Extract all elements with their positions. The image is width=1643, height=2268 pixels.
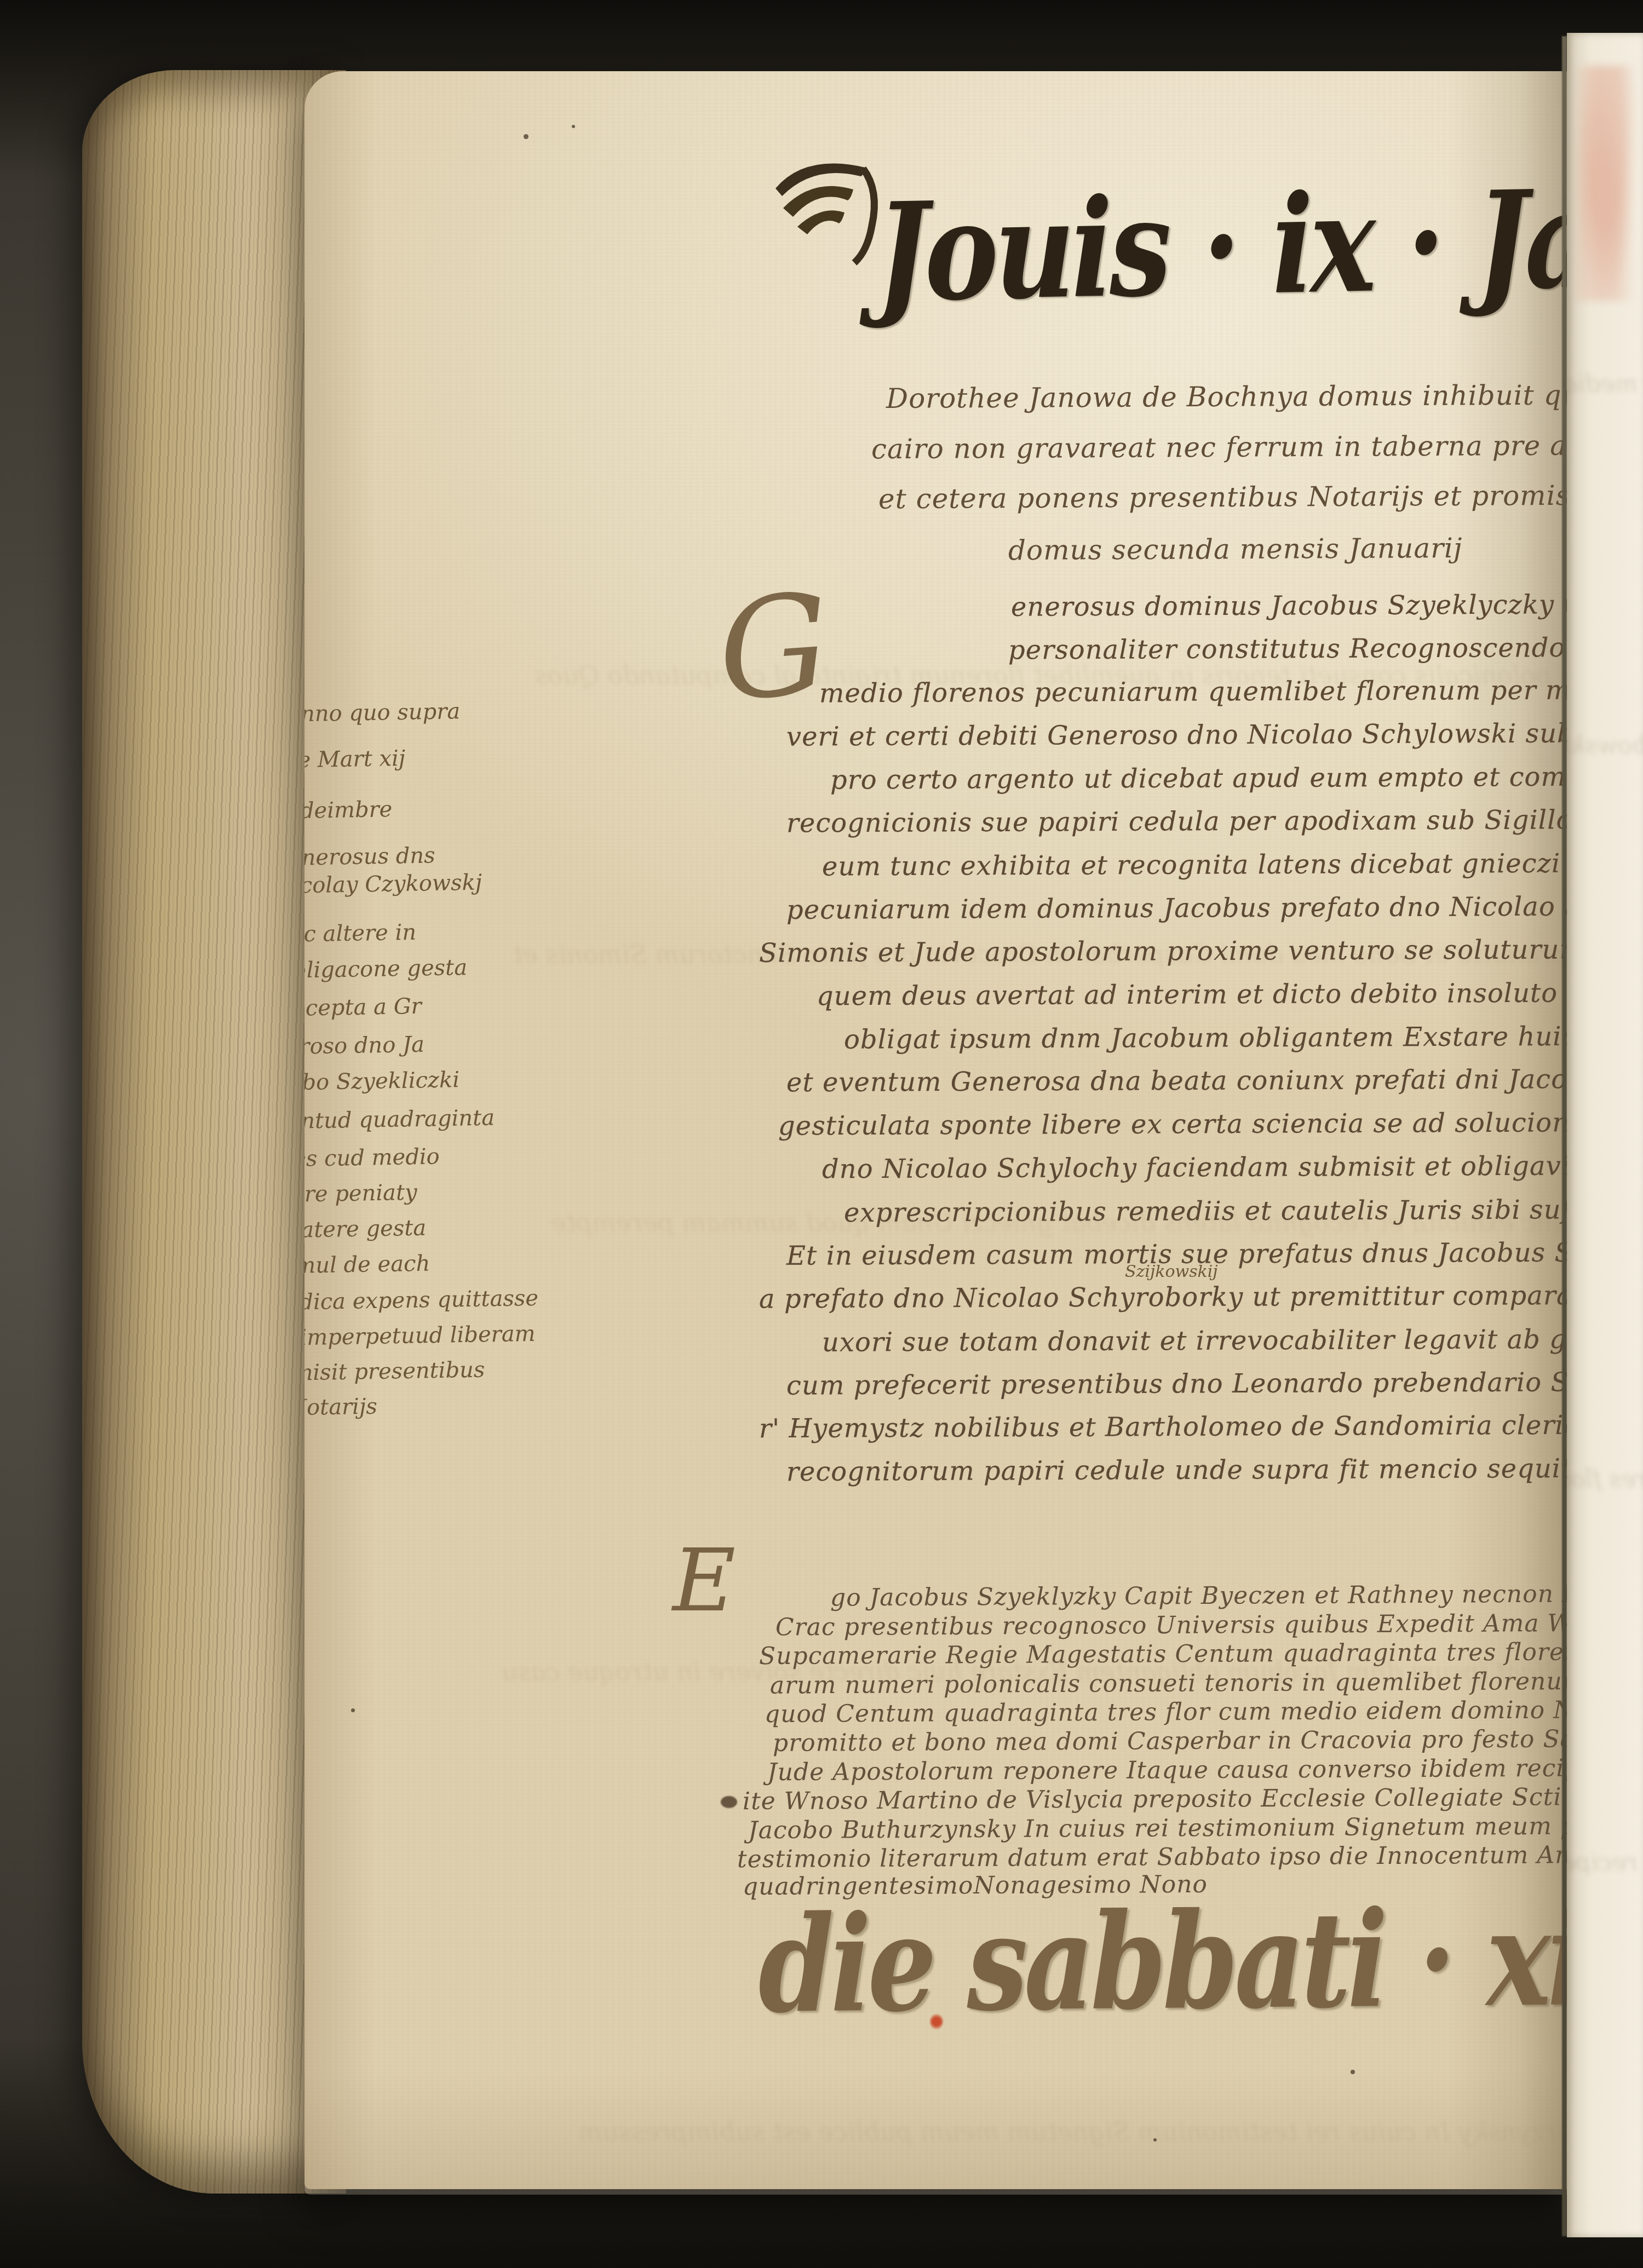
margin-note: et imperpetuud liberam [305, 1323, 536, 1349]
intro-line: et cetera ponens presentibus Notarijs et… [878, 481, 1569, 513]
body-line: uxori sue totam donavit et irrevocabilit… [822, 1324, 1569, 1356]
margin-note: recepta a Gr [305, 995, 422, 1020]
body-line: r' Hyemystz nobilibus et Bartholomeo de … [759, 1411, 1569, 1442]
body-line: Jude Apostolorum reponere Itaque causa c… [767, 1755, 1569, 1785]
margin-note: Rideimbre [305, 798, 393, 822]
body-line: cum prefecerit presentibus dno Leonardo … [786, 1367, 1569, 1398]
body-line: quod Centum quadraginta tres flor cum me… [765, 1697, 1569, 1726]
body-line: personaliter constitutus Recognoscendo s… [1008, 632, 1569, 664]
ink-speck [351, 1708, 355, 1712]
intro-line: Dorothee Janowa de Bochnya domus inhibui… [886, 379, 1569, 412]
body-line: Simonis et Jude apostolorum proxime vent… [759, 935, 1569, 966]
body-line: exprescripcionibus remediis et cautelis … [844, 1194, 1569, 1226]
margin-note: Centud quadraginta [305, 1107, 495, 1132]
body-line: eum tunc exhibita et recognita latens di… [822, 848, 1569, 879]
margin-note: Generosus dns [305, 844, 435, 869]
intro-dateline: domus secunda mensis Januarij [1008, 534, 1463, 564]
body-line: recognicionis sue papiri cedula per apod… [786, 805, 1569, 836]
margin-note: simul de each [305, 1253, 430, 1277]
body-line: testimonio literarum datum erat Sabbato … [737, 1842, 1569, 1872]
margin-note: dimisit presentibus [305, 1359, 485, 1385]
body-line: arum numeri polonicalis consueti tenoris… [770, 1667, 1569, 1697]
body-line: recognitorum papiri cedule unde supra fi… [786, 1454, 1569, 1485]
margin-note: a latere gesta [305, 1217, 427, 1242]
intro-line: cairo non gravareat nec ferrum in tabern… [871, 430, 1569, 463]
margin-note: hec altere in [305, 922, 416, 946]
manuscript-page: arum numeri polonicalis consueti tenoris… [305, 71, 1569, 2189]
body-line: pecuniarum idem dominus Jacobus prefato … [786, 891, 1569, 923]
margin-note: obligacone gesta [305, 957, 467, 982]
ink-speck [524, 134, 528, 139]
margin-note: Nicolay Czykowskj [305, 872, 482, 897]
bleed-through-text: medio florenos pecuniarum quemlibet flor… [1567, 372, 1643, 396]
interlinear-insert-note: Szijkowskij [1125, 1264, 1218, 1280]
margin-note: cobo Szyekliczki [305, 1069, 459, 1094]
top-header-calligraphy: Jouis · ix · Januarij [875, 165, 1569, 320]
facing-page-sliver: medio florenos pecuniarum quemlibet flor… [1567, 33, 1643, 2237]
ink-speck [1153, 2138, 1157, 2142]
gutter-fold-line [1562, 36, 1567, 2236]
body-line: quem deus avertat ad interim et dicto de… [817, 978, 1569, 1009]
bleed-through-text: Supcamerarie Regie Magestatis Centum qua… [1567, 1467, 1643, 1492]
body-line: quadringentesimoNonagesimo Nono [743, 1873, 1208, 1899]
triple-flag-flourish-icon [771, 143, 886, 264]
pink-stain-bleed [1575, 66, 1636, 301]
body-line: a prefato dno Nicolao Schyroborky ut pre… [759, 1281, 1569, 1313]
body-line: pro certo argento ut dicebat apud eum em… [830, 762, 1569, 793]
margin-note: flore peniaty [305, 1182, 417, 1206]
margin-note: die Mart xij [305, 747, 406, 772]
margin-note: Anno quo supra [305, 700, 461, 726]
body-line: promitto et bono mea domi Casperbar in C… [773, 1726, 1569, 1755]
body-line: ite Wnoso Martino de Vislycia preposito … [743, 1784, 1569, 1814]
body-line: enerosus dominus Jacobus Szyeklyczky Cap… [1011, 589, 1569, 620]
body-line: Supcamerarie Regie Magestatis Centum qua… [759, 1639, 1569, 1668]
body-line: Jacobo Buthurzynsky In cuius rei testimo… [748, 1813, 1569, 1843]
body-line: et eventum Generosa dna beata coniunx pr… [786, 1065, 1569, 1096]
body-line: go Jacobus Szyeklyzky Capit Byeczen et R… [830, 1581, 1569, 1610]
margin-note: veroso dno Ja [305, 1034, 424, 1058]
body-line: gesticulata sponte libere ex certa scien… [778, 1108, 1569, 1139]
bleed-through-text: Jude Apostolorum reponere Itaque causa c… [1567, 1851, 1643, 1875]
ink-speck [1351, 2070, 1355, 2074]
margin-note: sudica expens quittasse [305, 1287, 538, 1314]
margin-note: Notarijs [305, 1396, 377, 1419]
paragraph-flourish-initial: E [673, 1538, 736, 1624]
body-line: veri et certi debiti Generoso dno Nicola… [786, 718, 1569, 750]
ink-blot [721, 1796, 737, 1808]
margin-note: tres cud medio [305, 1145, 440, 1170]
scan-stage: arum numeri polonicalis consueti tenoris… [0, 0, 1643, 2268]
bleed-through-text: Jacobo Buthurzynsky In cuius rei testimo… [578, 2119, 1569, 2144]
body-line: medio florenos pecuniarum quemlibet flor… [819, 676, 1569, 707]
bottom-header-calligraphy: die sabbati · xi · Januarij [758, 1887, 1569, 2031]
body-line: obligat ipsum dnm Jacobum obligantem Exs… [844, 1021, 1569, 1052]
body-line: dno Nicolao Schylochy faciendam submisit… [822, 1152, 1569, 1183]
body-line: Crac presentibus recognosco Universis qu… [775, 1609, 1569, 1639]
ink-speck [572, 125, 575, 128]
drop-cap-initial: G [714, 575, 833, 721]
bleed-through-text: pecuniarum idem dominus Jacobus prefato … [1567, 734, 1643, 758]
red-ink-dot [930, 2014, 943, 2029]
